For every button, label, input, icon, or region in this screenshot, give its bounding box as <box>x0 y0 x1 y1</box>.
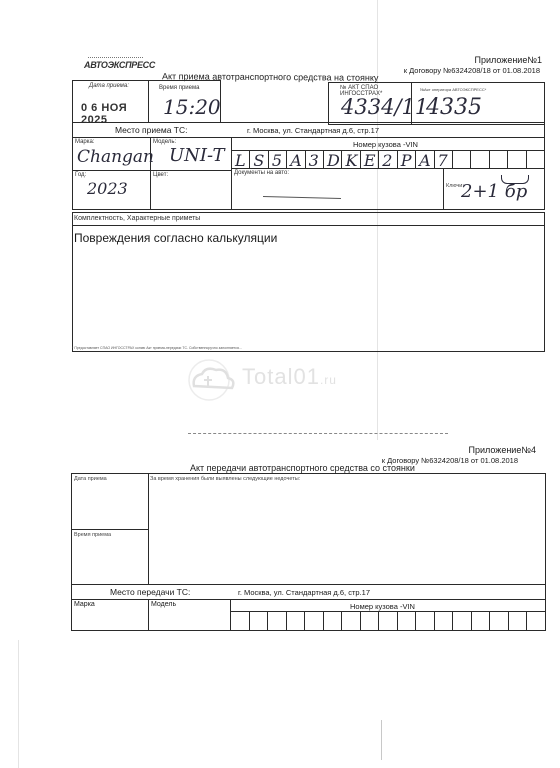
vin-cell: S <box>249 150 268 168</box>
defects-label: За время хранения были выявлены следующи… <box>150 476 300 482</box>
color-label: Цвет: <box>153 172 168 178</box>
release-vehicle-table: Место передачи ТС: г. Москва, ул. Станда… <box>71 584 546 631</box>
release-place-value: г. Москва, ул. Стандартная д.6, стр.17 <box>238 588 370 597</box>
watermark-suffix: .ru <box>320 373 337 387</box>
release-vin-grid <box>230 611 545 630</box>
watermark: Total01.ru <box>184 356 384 406</box>
vin-cell <box>249 611 269 630</box>
release-top-table: Дата приема Время приема За время хранен… <box>71 473 546 585</box>
vin-cell: A <box>286 150 305 168</box>
release-brand-label: Марка <box>74 601 95 608</box>
keys-value: 2+1 бр <box>461 181 527 202</box>
year-value: 2023 <box>87 179 128 198</box>
release-vin-label: Номер кузова -VIN <box>350 602 415 611</box>
release-model-label: Модель <box>151 601 176 608</box>
vin-cell <box>471 611 491 630</box>
vin-cell <box>286 611 306 630</box>
vin-cell: D <box>323 150 342 168</box>
release-place-label: Место передачи ТС: <box>110 587 190 597</box>
vin-cell: P <box>397 150 416 168</box>
vin-cell: 2 <box>378 150 397 168</box>
vin-cell <box>452 611 472 630</box>
vin-cell: A <box>415 150 434 168</box>
vin-cell <box>415 611 435 630</box>
documents-dash <box>263 196 341 199</box>
scan-fold-line <box>381 720 382 760</box>
watermark-text: Total01 <box>242 364 320 389</box>
vin-cell <box>489 150 508 168</box>
vin-cell: L <box>231 150 250 168</box>
contract-reference: к Договору №6324208/18 от 01.08.2018 <box>404 66 540 75</box>
vin-cell <box>452 150 471 168</box>
act-auto-cell: №Акт оператора АВТОЭКСПРЕСС* 4335 <box>411 82 545 125</box>
completeness-box: Комплектность, Характерные приметы Повре… <box>72 212 545 352</box>
scan-fold-line <box>18 640 19 768</box>
vin-cell <box>507 150 526 168</box>
release-date-label: Дата приема <box>74 476 107 482</box>
time-value: 15:20 <box>163 95 221 119</box>
vin-cell <box>360 611 380 630</box>
vin-cell <box>341 611 361 630</box>
appendix-number: Приложение№1 <box>475 55 542 65</box>
brand-label: Марка: <box>75 139 95 145</box>
vin-grid: LS5A3DKE2PA7 <box>231 150 544 168</box>
time-cell: Время приема 15:20 <box>148 80 221 123</box>
damage-text: Повреждения согласно калькуляции <box>74 231 277 245</box>
act-ingos-cell: № АКТ СПАО ИНГОССТРАХ* 4334/11 <box>328 82 412 125</box>
brand-value: Changan <box>77 147 154 167</box>
vin-label: Номер кузова -VIN <box>353 140 418 149</box>
form-title-2: Акт передачи автотранспортного средства … <box>190 463 415 473</box>
vin-cell <box>267 611 287 630</box>
model-value: UNI-T <box>169 145 224 166</box>
vin-cell: 3 <box>305 150 324 168</box>
act-auto-label: №Акт оператора АВТОЭКСПРЕСС* <box>420 87 486 92</box>
date-label: Дата приема: <box>89 83 129 89</box>
vin-cell <box>526 150 545 168</box>
documents-label: Документы на авто: <box>234 170 289 176</box>
completeness-label: Комплектность, Характерные приметы <box>74 215 200 222</box>
vehicle-info-table: Место приема ТС: г. Москва, ул. Стандарт… <box>72 122 545 210</box>
vin-cell <box>489 611 509 630</box>
vin-cell <box>397 611 417 630</box>
time-label: Время приема <box>159 85 199 91</box>
vin-cell: 5 <box>268 150 287 168</box>
vin-cell: K <box>341 150 360 168</box>
vin-cell <box>323 611 343 630</box>
vin-cell <box>378 611 398 630</box>
vin-cell: E <box>360 150 379 168</box>
place-value: г. Москва, ул. Стандартная д.6, стр.17 <box>247 126 379 135</box>
footnote: * Предоставляет СПАО ИНГОССТРАХ копию Ак… <box>72 346 242 350</box>
vin-cell <box>434 611 454 630</box>
date-cell: Дата приема: 0 6 НОЯ 2025 <box>72 80 149 123</box>
place-label: Место приема ТС: <box>115 125 187 135</box>
logo-roof-icon <box>88 57 143 62</box>
car-cloud-logo-icon <box>184 358 246 402</box>
appendix-number-2: Приложение№4 <box>469 445 536 455</box>
vin-cell <box>526 611 546 630</box>
keys-bracket <box>501 175 529 184</box>
separator-line <box>188 433 448 434</box>
vin-cell <box>470 150 489 168</box>
release-time-label: Время приема <box>74 532 111 538</box>
vin-cell: 7 <box>434 150 453 168</box>
year-label: Год: <box>75 172 86 178</box>
act-auto-value: 4335 <box>426 95 482 120</box>
vin-cell <box>304 611 324 630</box>
vin-cell <box>508 611 528 630</box>
vin-cell <box>230 611 250 630</box>
